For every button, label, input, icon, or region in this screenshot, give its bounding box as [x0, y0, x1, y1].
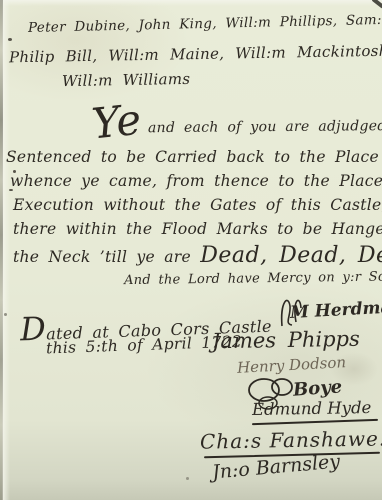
condemned-names-line-1: Peter Dubine, John King, Will:m Phillips… — [28, 12, 378, 36]
mercy-line: And the Lord have Mercy on y:r Souls. — — [124, 269, 382, 288]
signature-boye: Boye — [292, 376, 342, 400]
sentence-initial-ye: Ye — [90, 95, 144, 149]
paper-edge-left — [2, 0, 10, 500]
document-page: Peter Dubine, John King, Will:m Phillips… — [0, 0, 382, 500]
scanned-document: { "colors": { "paper": "#e7ead6", "ink":… — [0, 0, 382, 500]
scan-gutter-shadow — [0, 0, 3, 500]
signature-james-phipps: James Phipps — [212, 327, 360, 354]
sentence-line-6-text: the Neck ’till ye are — [13, 248, 200, 266]
sentence-line-2: Sentenced to be Carried back to the Plac… — [6, 148, 382, 166]
ink-speck — [4, 313, 7, 316]
signature-charles-fanshawe: Cha:s Fanshawe. — [200, 426, 382, 453]
sentence-line-3: whence ye came, from thence to the Place… — [10, 172, 382, 190]
sentence-line-1: and each of you are adjudged and — [148, 118, 382, 136]
sentence-line-5: there within the Flood Marks to be Hange… — [13, 220, 382, 238]
condemned-names-line-2: Philip Bill, Will:m Maine, Will:m Mackin… — [9, 42, 382, 67]
sentence-line-6: the Neck ’till ye are Dead, Dead, Dead — [13, 243, 382, 268]
sentence-line-4: Execution without the Gates of this Cast… — [13, 196, 382, 214]
ink-speck — [186, 477, 189, 480]
ink-speck — [8, 38, 12, 41]
condemned-names-line-3: Will:m Williams — [62, 70, 191, 90]
dead-dead-dead-emphasis: Dead, Dead, Dead — [200, 243, 382, 268]
hyde-signature-underline — [252, 419, 378, 425]
signature-edmund-hyde: Edmund Hyde — [252, 398, 372, 419]
paper-edge-top — [0, 0, 382, 6]
